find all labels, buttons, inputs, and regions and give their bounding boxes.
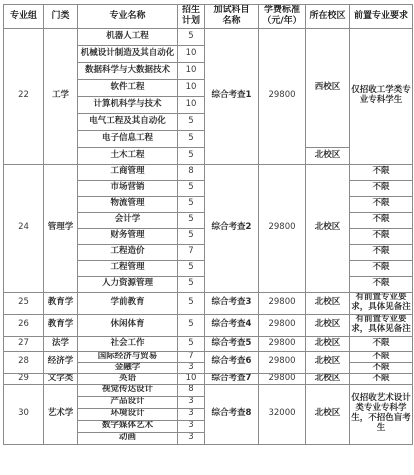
plan-count-cell: 8 — [178, 384, 205, 396]
column-header-category: 门类 — [44, 5, 78, 29]
plan-count-cell: 5 — [178, 336, 205, 351]
table-row: 26教育学休闲体育5综合考查429800北校区有前置专业要求，具体见备注 — [4, 314, 413, 336]
plan-count-cell: 5 — [178, 212, 205, 228]
column-header-tuition: 学费标准 （元/年） — [259, 5, 306, 29]
major-name-cell: 软件工程 — [78, 79, 178, 96]
prerequisite-cell: 不限 — [350, 336, 413, 351]
major-name-cell: 英语 — [78, 373, 178, 384]
column-header-major-name: 专业名称 — [78, 5, 178, 29]
major-name-cell: 产品设计 — [78, 396, 178, 408]
plan-count-cell: 5 — [178, 276, 205, 292]
table-row: 25教育学学前教育5综合考查329800北校区有前置专业要求，具体见备注 — [4, 292, 413, 314]
major-group-cell: 26 — [4, 314, 44, 336]
exam-subject-cell: 综合考查1 — [205, 28, 259, 164]
campus-cell: 北校区 — [306, 314, 350, 336]
column-header-campus: 所在校区 — [306, 5, 350, 29]
campus-cell: 北校区 — [306, 384, 350, 444]
major-name-cell: 环境设计 — [78, 408, 178, 420]
plan-count-cell: 5 — [178, 147, 205, 164]
campus-cell: 北校区 — [306, 373, 350, 384]
plan-count-cell: 10 — [178, 373, 205, 384]
exam-subject-cell: 综合考查5 — [205, 336, 259, 351]
plan-count-cell: 5 — [178, 180, 205, 196]
plan-count-cell: 5 — [178, 292, 205, 314]
major-group-cell: 27 — [4, 336, 44, 351]
document-page: 专业组 门类 专业名称 招生 计划 加试科目 名称 学费标准 （元/年） 所在校… — [0, 0, 414, 475]
major-name-cell: 土木工程 — [78, 147, 178, 164]
major-name-cell: 计算机科学与技术 — [78, 96, 178, 113]
header-row: 专业组 门类 专业名称 招生 计划 加试科目 名称 学费标准 （元/年） 所在校… — [4, 5, 413, 29]
major-name-cell: 人力资源管理 — [78, 276, 178, 292]
category-cell: 法学 — [44, 336, 78, 351]
campus-cell: 北校区 — [306, 164, 350, 292]
category-cell: 管理学 — [44, 164, 78, 292]
category-cell: 工学 — [44, 28, 78, 164]
table-row: 27法学社会工作5综合考查529800北校区不限 — [4, 336, 413, 351]
column-header-prerequisite: 前置专业要求 — [350, 5, 413, 29]
major-name-cell: 工商管理 — [78, 164, 178, 180]
plan-count-cell: 5 — [178, 228, 205, 244]
category-cell: 文学类 — [44, 373, 78, 384]
prerequisite-cell: 仅招收工学类专业专科学生 — [350, 28, 413, 164]
major-group-cell: 22 — [4, 28, 44, 164]
prerequisite-cell: 不限 — [350, 351, 413, 362]
prerequisite-cell: 不限 — [350, 164, 413, 180]
campus-cell: 西校区 — [306, 28, 350, 147]
major-name-cell: 视觉传达设计 — [78, 384, 178, 396]
prerequisite-cell: 仅招收艺术设计类专业专科学生，不招色盲考生 — [350, 384, 413, 444]
prerequisite-cell: 不限 — [350, 362, 413, 373]
plan-count-cell: 5 — [178, 113, 205, 130]
exam-subject-cell: 综合考查4 — [205, 314, 259, 336]
major-name-cell: 国际经济与贸易 — [78, 351, 178, 362]
table-row: 28经济学国际经济与贸易7综合考查629800北校区不限 — [4, 351, 413, 362]
prerequisite-cell: 有前置专业要求，具体见备注 — [350, 292, 413, 314]
prerequisite-cell: 不限 — [350, 244, 413, 260]
plan-count-cell: 3 — [178, 408, 205, 420]
table-row: 29文学类英语10综合考查729800北校区不限 — [4, 373, 413, 384]
plan-count-cell: 5 — [178, 28, 205, 45]
prerequisite-cell: 不限 — [350, 212, 413, 228]
category-cell: 经济学 — [44, 351, 78, 373]
major-name-cell: 电子信息工程 — [78, 130, 178, 147]
tuition-cell: 29800 — [259, 292, 306, 314]
major-group-cell: 24 — [4, 164, 44, 292]
admission-plan-table: 专业组 门类 专业名称 招生 计划 加试科目 名称 学费标准 （元/年） 所在校… — [3, 4, 413, 445]
plan-count-cell: 3 — [178, 432, 205, 444]
campus-cell: 北校区 — [306, 292, 350, 314]
prerequisite-cell: 不限 — [350, 196, 413, 212]
plan-count-cell: 5 — [178, 196, 205, 212]
major-name-cell: 会计学 — [78, 212, 178, 228]
major-name-cell: 数据科学与大数据技术 — [78, 62, 178, 79]
table-row: 30艺术学视觉传达设计8综合考查832000北校区仅招收艺术设计类专业专科学生，… — [4, 384, 413, 396]
major-name-cell: 机器人工程 — [78, 28, 178, 45]
major-name-cell: 机械设计制造及其自动化 — [78, 45, 178, 62]
plan-count-cell: 7 — [178, 244, 205, 260]
prerequisite-cell: 有前置专业要求，具体见备注 — [350, 314, 413, 336]
plan-count-cell: 5 — [178, 130, 205, 147]
tuition-cell: 29800 — [259, 164, 306, 292]
exam-subject-cell: 综合考查7 — [205, 373, 259, 384]
major-group-cell: 28 — [4, 351, 44, 373]
plan-count-cell: 3 — [178, 396, 205, 408]
plan-count-cell: 10 — [178, 45, 205, 62]
exam-subject-cell: 综合考查8 — [205, 384, 259, 444]
major-name-cell: 工程造价 — [78, 244, 178, 260]
table-row: 22工学机器人工程5综合考查129800西校区仅招收工学类专业专科学生 — [4, 28, 413, 45]
column-header-exam-subject: 加试科目 名称 — [205, 5, 259, 29]
category-cell: 教育学 — [44, 292, 78, 314]
major-name-cell: 电气工程及其自动化 — [78, 113, 178, 130]
major-group-cell: 30 — [4, 384, 44, 444]
major-group-cell: 25 — [4, 292, 44, 314]
category-cell: 艺术学 — [44, 384, 78, 444]
plan-count-cell: 7 — [178, 351, 205, 362]
prerequisite-cell: 不限 — [350, 180, 413, 196]
exam-subject-cell: 综合考查6 — [205, 351, 259, 373]
campus-cell: 北校区 — [306, 147, 350, 164]
prerequisite-cell: 不限 — [350, 373, 413, 384]
major-name-cell: 动画 — [78, 432, 178, 444]
table-row: 24管理学工商管理8综合考查229800北校区不限 — [4, 164, 413, 180]
major-name-cell: 工程管理 — [78, 260, 178, 276]
category-cell: 教育学 — [44, 314, 78, 336]
column-header-enrollment-plan: 招生 计划 — [178, 5, 205, 29]
major-name-cell: 学前教育 — [78, 292, 178, 314]
exam-subject-cell: 综合考查3 — [205, 292, 259, 314]
major-group-cell: 29 — [4, 373, 44, 384]
plan-count-cell: 3 — [178, 420, 205, 432]
major-name-cell: 社会工作 — [78, 336, 178, 351]
exam-subject-cell: 综合考查2 — [205, 164, 259, 292]
prerequisite-cell: 不限 — [350, 276, 413, 292]
column-header-major-group: 专业组 — [4, 5, 44, 29]
plan-count-cell: 5 — [178, 260, 205, 276]
major-name-cell: 金融学 — [78, 362, 178, 373]
plan-count-cell: 5 — [178, 314, 205, 336]
prerequisite-cell: 不限 — [350, 228, 413, 244]
plan-count-cell: 10 — [178, 62, 205, 79]
tuition-cell: 29800 — [259, 336, 306, 351]
tuition-cell: 29800 — [259, 351, 306, 373]
major-name-cell: 数字媒体艺术 — [78, 420, 178, 432]
plan-count-cell: 10 — [178, 79, 205, 96]
campus-cell: 北校区 — [306, 351, 350, 373]
plan-count-cell: 10 — [178, 96, 205, 113]
tuition-cell: 29800 — [259, 28, 306, 164]
prerequisite-cell: 不限 — [350, 260, 413, 276]
major-name-cell: 休闲体育 — [78, 314, 178, 336]
plan-count-cell: 8 — [178, 164, 205, 180]
table-body: 22工学机器人工程5综合考查129800西校区仅招收工学类专业专科学生机械设计制… — [4, 28, 413, 444]
table-header: 专业组 门类 专业名称 招生 计划 加试科目 名称 学费标准 （元/年） 所在校… — [4, 5, 413, 29]
campus-cell: 北校区 — [306, 336, 350, 351]
major-name-cell: 财务管理 — [78, 228, 178, 244]
tuition-cell: 32000 — [259, 384, 306, 444]
tuition-cell: 29800 — [259, 373, 306, 384]
plan-count-cell: 3 — [178, 362, 205, 373]
major-name-cell: 物流管理 — [78, 196, 178, 212]
tuition-cell: 29800 — [259, 314, 306, 336]
major-name-cell: 市场营销 — [78, 180, 178, 196]
